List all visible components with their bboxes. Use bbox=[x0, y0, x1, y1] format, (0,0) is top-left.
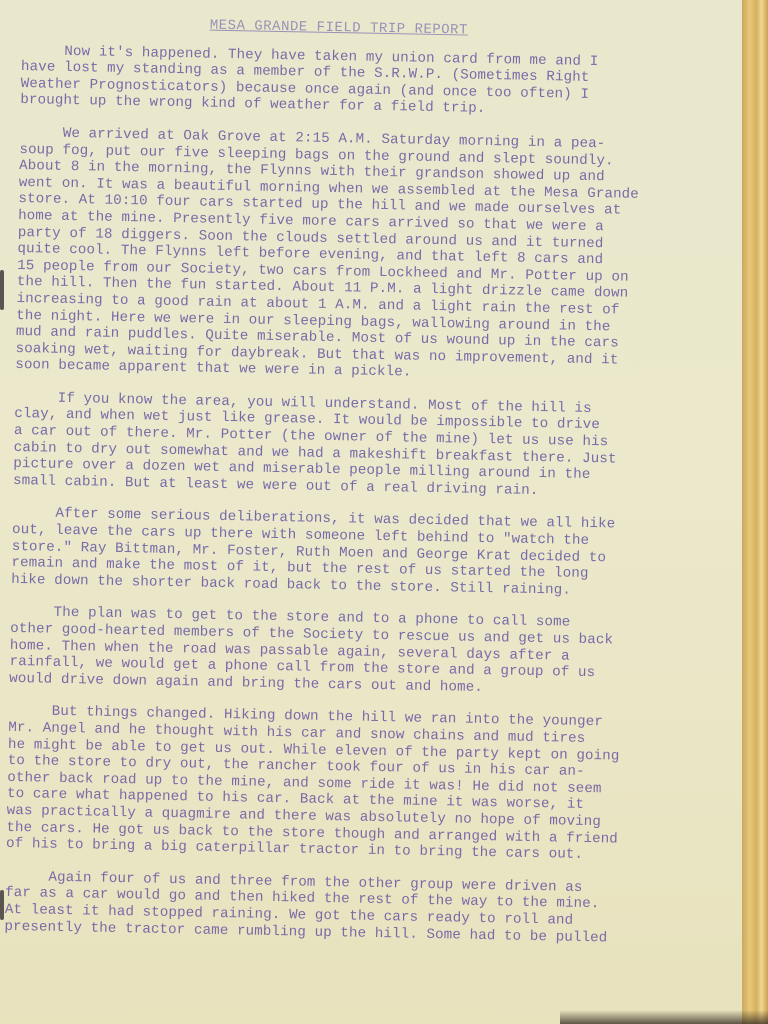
paragraph: We arrived at Oak Grove at 2:15 A.M. Sat… bbox=[15, 125, 740, 388]
paragraph: But things changed. Hiking down the hill… bbox=[6, 703, 729, 866]
typed-report: MESA GRANDE FIELD TRIP REPORT Now it's h… bbox=[4, 14, 742, 965]
binder-edge bbox=[742, 0, 768, 1024]
paragraph: The plan was to get to the store and to … bbox=[9, 604, 730, 701]
report-body: Now it's happened. They have taken my un… bbox=[4, 43, 741, 949]
paragraph: Again four of us and three from the othe… bbox=[4, 869, 725, 949]
binder-clip bbox=[0, 270, 4, 310]
paragraph: After some serious deliberations, it was… bbox=[11, 505, 732, 602]
paragraph: If you know the area, you will understan… bbox=[13, 390, 735, 503]
paragraph: Now it's happened. They have taken my un… bbox=[20, 43, 741, 123]
page-shadow bbox=[560, 1010, 768, 1024]
binder-clip bbox=[0, 890, 4, 920]
